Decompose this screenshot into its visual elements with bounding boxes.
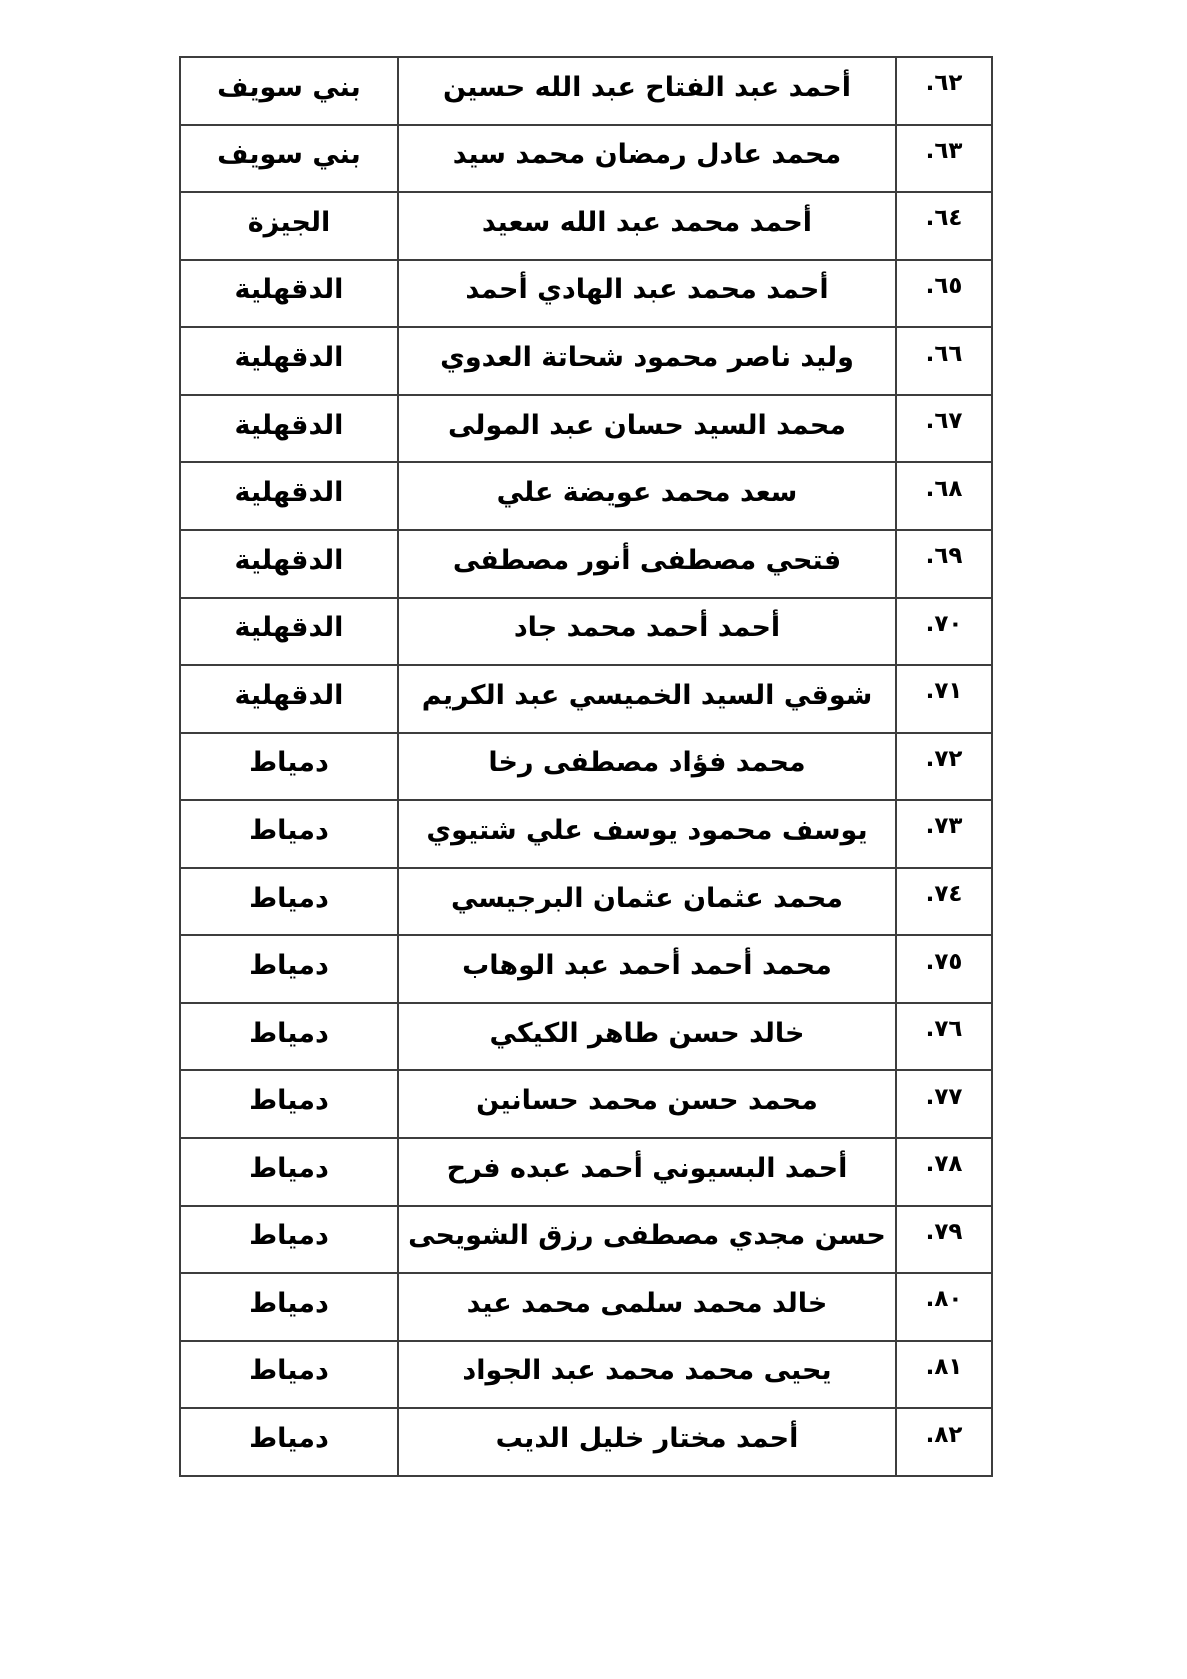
governorate: دمياط [180,1138,398,1206]
person-name: أحمد محمد عبد الهادي أحمد [398,260,896,328]
table-row: ٧٥. محمد أحمد أحمد عبد الوهاب دمياط [180,935,992,1003]
person-name: محمد فؤاد مصطفى رخا [398,733,896,801]
table-row: ٨١. يحيى محمد محمد عبد الجواد دمياط [180,1341,992,1409]
table-row: ٧٦. خالد حسن طاهر الكيكي دمياط [180,1003,992,1071]
governorate: بني سويف [180,125,398,193]
person-name: خالد حسن طاهر الكيكي [398,1003,896,1071]
person-name: محمد السيد حسان عبد المولى [398,395,896,463]
table-row: ٧٧. محمد حسن محمد حسانين دمياط [180,1070,992,1138]
person-name: سعد محمد عويضة علي [398,462,896,530]
table-row: ٦٩. فتحي مصطفى أنور مصطفى الدقهلية [180,530,992,598]
table-row: ٦٢. أحمد عبد الفتاح عبد الله حسين بني سو… [180,57,992,125]
person-name: وليد ناصر محمود شحاتة العدوي [398,327,896,395]
table-row: ٦٧. محمد السيد حسان عبد المولى الدقهلية [180,395,992,463]
governorate: دمياط [180,868,398,936]
names-table-body: ٦٢. أحمد عبد الفتاح عبد الله حسين بني سو… [180,57,992,1476]
document-page: ٦٢. أحمد عبد الفتاح عبد الله حسين بني سو… [0,0,1187,1679]
governorate: الدقهلية [180,462,398,530]
table-row: ٦٨. سعد محمد عويضة علي الدقهلية [180,462,992,530]
row-number: ٨٢. [896,1408,992,1476]
governorate: دمياط [180,1003,398,1071]
person-name: محمد أحمد أحمد عبد الوهاب [398,935,896,1003]
person-name: يوسف محمود يوسف علي شتيوي [398,800,896,868]
governorate: دمياط [180,1070,398,1138]
person-name: يحيى محمد محمد عبد الجواد [398,1341,896,1409]
row-number: ٧٠. [896,598,992,666]
row-number: ٧٥. [896,935,992,1003]
governorate: الجيزة [180,192,398,260]
person-name: محمد حسن محمد حسانين [398,1070,896,1138]
governorate: دمياط [180,1408,398,1476]
person-name: فتحي مصطفى أنور مصطفى [398,530,896,598]
person-name: أحمد مختار خليل الديب [398,1408,896,1476]
names-table: ٦٢. أحمد عبد الفتاح عبد الله حسين بني سو… [179,56,993,1477]
row-number: ٦٥. [896,260,992,328]
governorate: الدقهلية [180,598,398,666]
table-row: ٧١. شوقي السيد الخميسي عبد الكريم الدقهل… [180,665,992,733]
row-number: ٧٨. [896,1138,992,1206]
table-row: ٧٣. يوسف محمود يوسف علي شتيوي دمياط [180,800,992,868]
governorate: دمياط [180,935,398,1003]
person-name: حسن مجدي مصطفى رزق الشويحى [398,1206,896,1274]
person-name: محمد عثمان عثمان البرجيسي [398,868,896,936]
row-number: ٧٦. [896,1003,992,1071]
governorate: بني سويف [180,57,398,125]
governorate: دمياط [180,1206,398,1274]
governorate: دمياط [180,800,398,868]
row-number: ٦٩. [896,530,992,598]
table-row: ٧٢. محمد فؤاد مصطفى رخا دمياط [180,733,992,801]
row-number: ٦٤. [896,192,992,260]
governorate: الدقهلية [180,260,398,328]
table-row: ٧٠. أحمد أحمد محمد جاد الدقهلية [180,598,992,666]
row-number: ٦٧. [896,395,992,463]
row-number: ٧٧. [896,1070,992,1138]
table-row: ٧٨. أحمد البسيوني أحمد عبده فرح دمياط [180,1138,992,1206]
table-row: ٧٩. حسن مجدي مصطفى رزق الشويحى دمياط [180,1206,992,1274]
person-name: أحمد محمد عبد الله سعيد [398,192,896,260]
person-name: خالد محمد سلمى محمد عيد [398,1273,896,1341]
person-name: أحمد البسيوني أحمد عبده فرح [398,1138,896,1206]
table-row: ٦٥. أحمد محمد عبد الهادي أحمد الدقهلية [180,260,992,328]
row-number: ٧٩. [896,1206,992,1274]
row-number: ٧٢. [896,733,992,801]
person-name: محمد عادل رمضان محمد سيد [398,125,896,193]
row-number: ٦٨. [896,462,992,530]
table-row: ٨٠. خالد محمد سلمى محمد عيد دمياط [180,1273,992,1341]
governorate: دمياط [180,733,398,801]
governorate: الدقهلية [180,327,398,395]
governorate: دمياط [180,1273,398,1341]
table-row: ٦٣. محمد عادل رمضان محمد سيد بني سويف [180,125,992,193]
person-name: أحمد عبد الفتاح عبد الله حسين [398,57,896,125]
governorate: الدقهلية [180,395,398,463]
row-number: ٧١. [896,665,992,733]
governorate: الدقهلية [180,665,398,733]
person-name: شوقي السيد الخميسي عبد الكريم [398,665,896,733]
table-row: ٧٤. محمد عثمان عثمان البرجيسي دمياط [180,868,992,936]
row-number: ٦٦. [896,327,992,395]
person-name: أحمد أحمد محمد جاد [398,598,896,666]
names-table-container: ٦٢. أحمد عبد الفتاح عبد الله حسين بني سو… [193,56,993,1477]
governorate: دمياط [180,1341,398,1409]
row-number: ٦٢. [896,57,992,125]
row-number: ٧٣. [896,800,992,868]
row-number: ٨٠. [896,1273,992,1341]
table-row: ٦٦. وليد ناصر محمود شحاتة العدوي الدقهلي… [180,327,992,395]
row-number: ٧٤. [896,868,992,936]
table-row: ٨٢. أحمد مختار خليل الديب دمياط [180,1408,992,1476]
governorate: الدقهلية [180,530,398,598]
row-number: ٨١. [896,1341,992,1409]
row-number: ٦٣. [896,125,992,193]
table-row: ٦٤. أحمد محمد عبد الله سعيد الجيزة [180,192,992,260]
